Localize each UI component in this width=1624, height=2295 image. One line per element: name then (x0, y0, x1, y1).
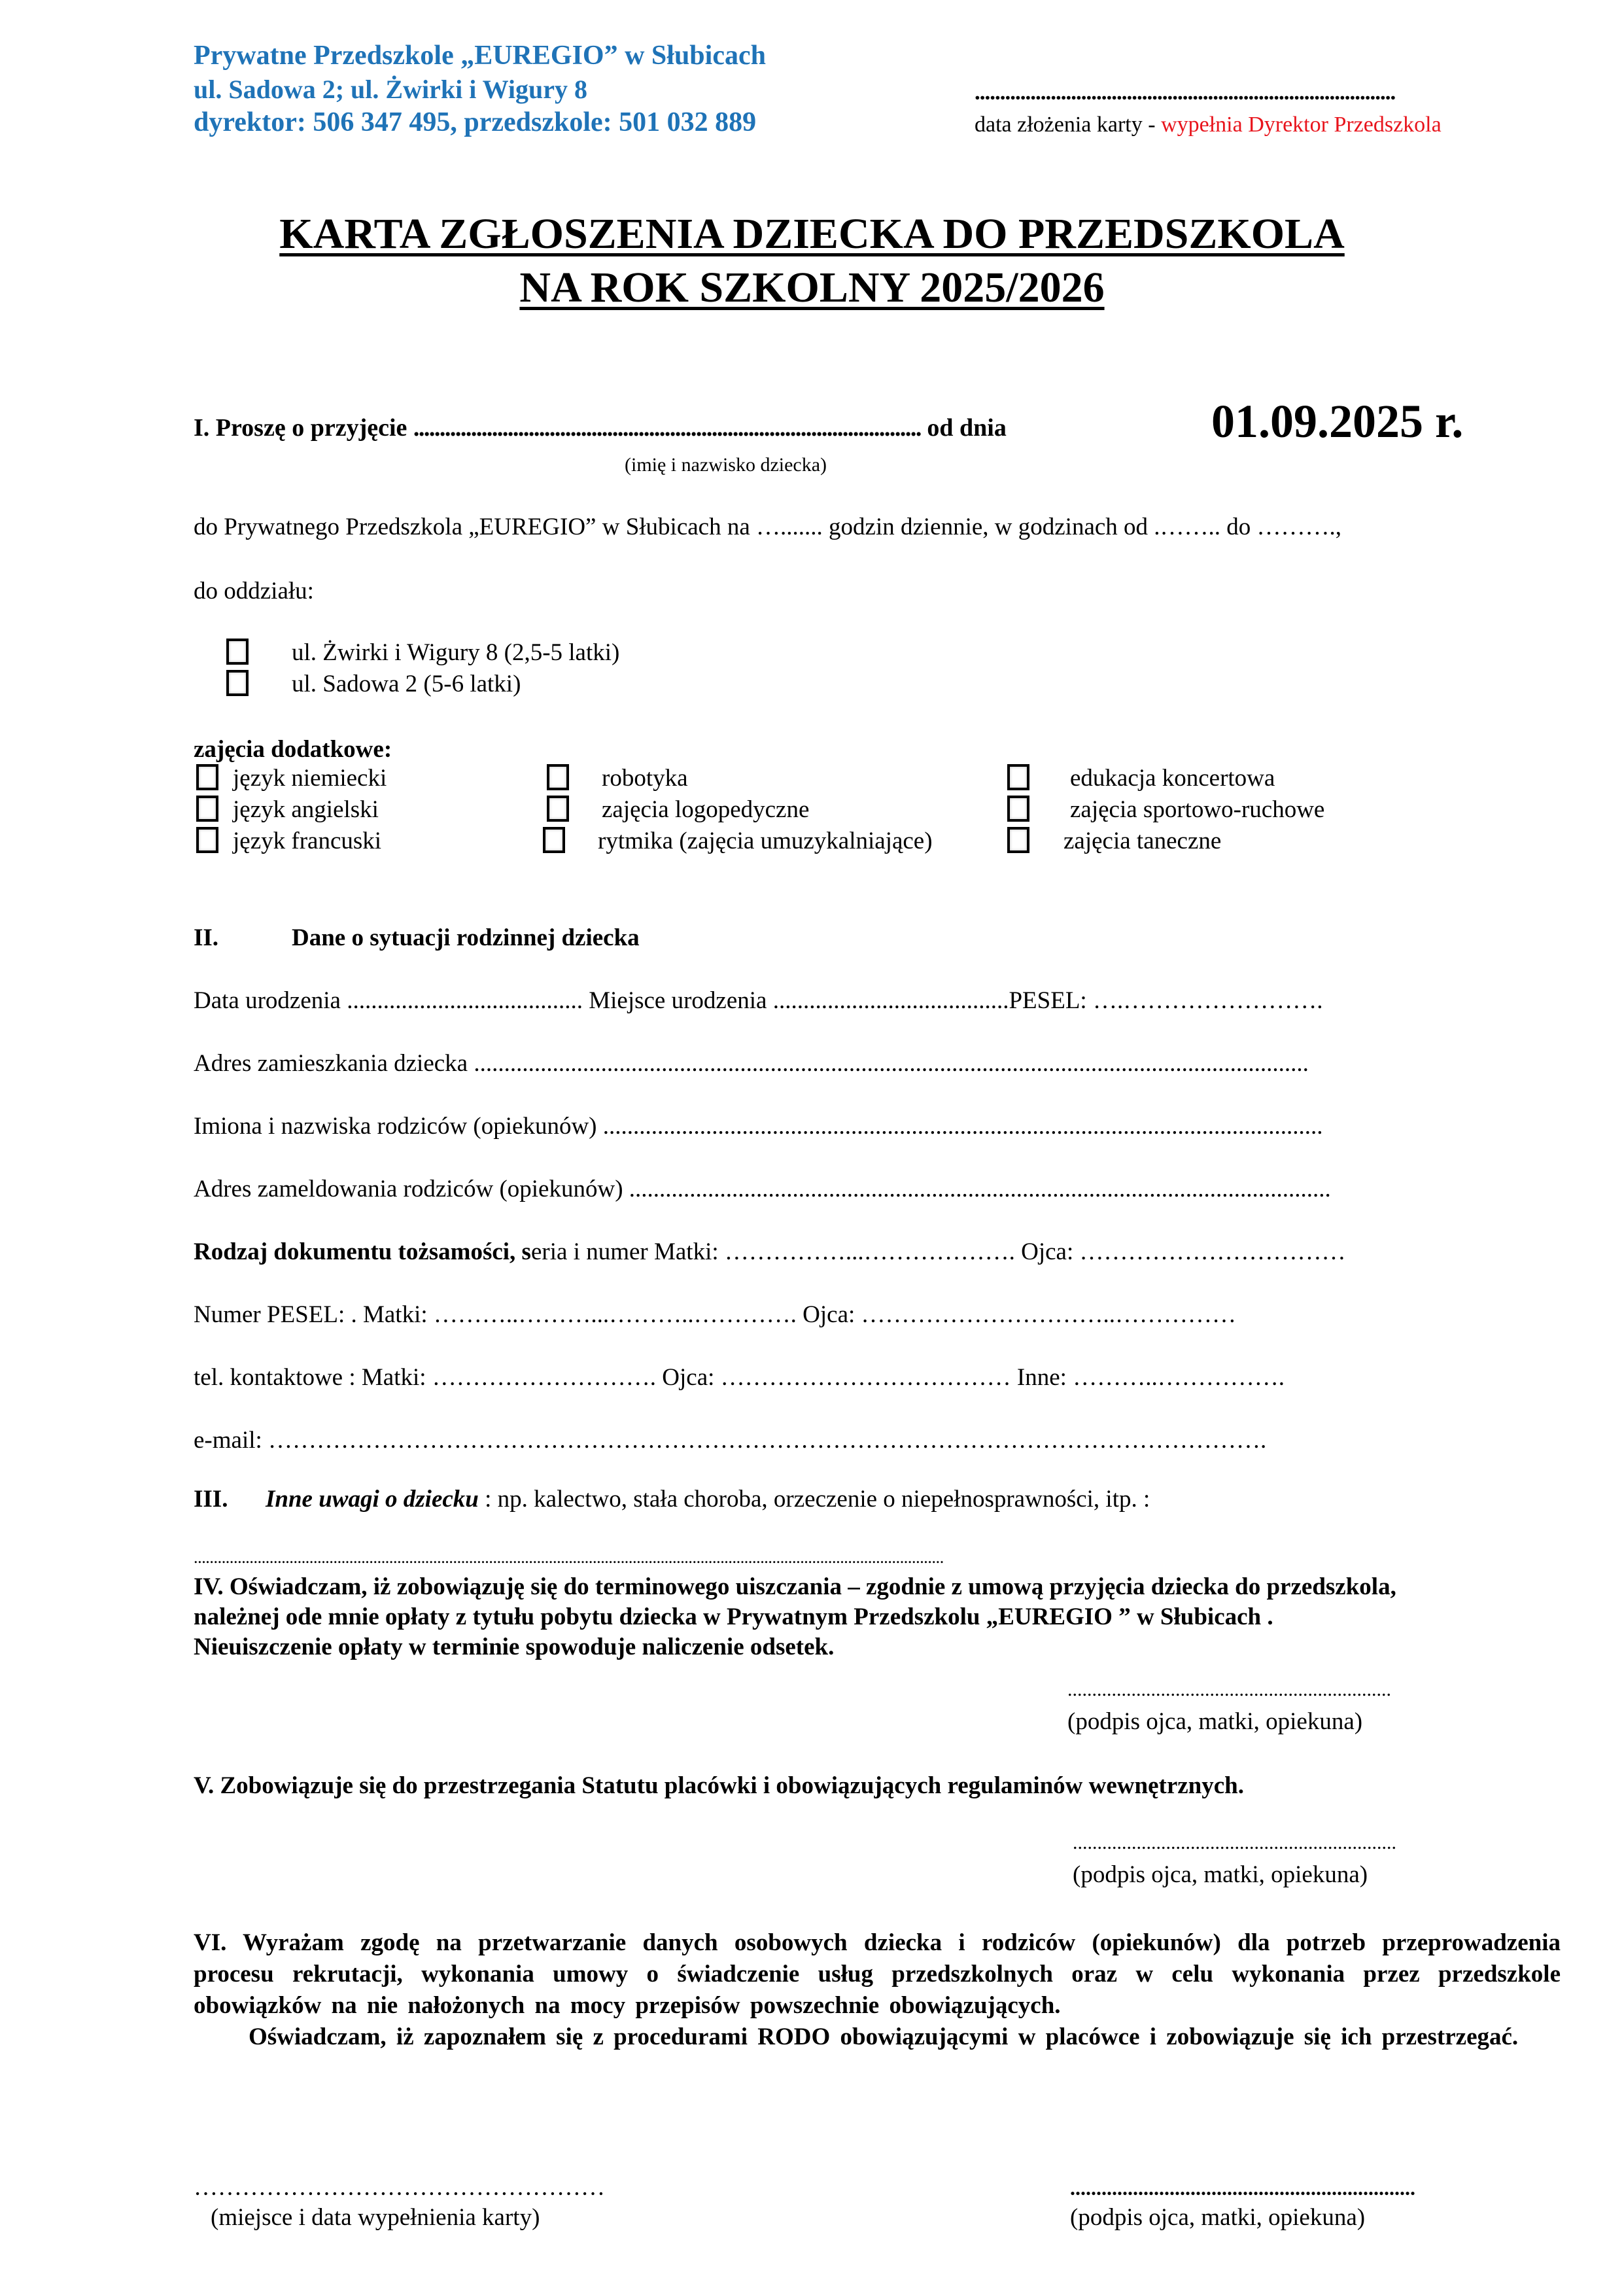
extra-checkbox-rhythm[interactable] (543, 827, 565, 853)
branch-label-sadowa: ul. Sadowa 2 (5-6 latki) (292, 670, 521, 699)
place-date-caption: (miejsce i data wypełnienia karty) (211, 2203, 540, 2232)
extra-checkbox-french[interactable] (196, 827, 218, 853)
extra-checkbox-dance[interactable] (1007, 827, 1029, 853)
extra-label-german: język niemiecki (233, 764, 387, 793)
start-date: 01.09.2025 r. (1211, 395, 1463, 447)
extra-label-rhythm: rytmika (zajęcia umuzykalniające) (598, 827, 933, 856)
place-date-field[interactable]: …………………………………………… (194, 2173, 605, 2202)
extra-label-dance: zajęcia taneczne (1063, 827, 1221, 856)
child-name-field: I. Proszę o przyjęcie ..................… (194, 413, 1007, 442)
section6-consent: VI. Wyrażam zgodę na przetwarzanie danyc… (194, 1927, 1561, 2022)
section6-rodo: Oświadczam, iż zapoznałem się z procedur… (249, 2022, 1561, 2053)
branch-checkbox-sadowa[interactable] (226, 670, 249, 696)
section3-heading: Inne uwagi o dziecku (266, 1486, 479, 1513)
extra-label-concert: edukacja koncertowa (1070, 764, 1275, 793)
final-signature-field[interactable]: ........................................… (1070, 2176, 1415, 2200)
extra-label-french: język francuski (233, 827, 381, 856)
final-signature-caption: (podpis ojca, matki, opiekuna) (1070, 2203, 1365, 2232)
pesel-line[interactable]: Numer PESEL: . Matki: ………..………...………..……… (194, 1301, 1236, 1329)
section4-signature-caption: (podpis ojca, matki, opiekuna) (1067, 1708, 1362, 1736)
notes-field[interactable]: ........................................… (194, 1548, 944, 1568)
branch-label: do oddziału: (194, 577, 314, 606)
phone-line[interactable]: tel. kontaktowe : Matki: ………………………. Ojca… (194, 1363, 1285, 1392)
extra-checkbox-concert[interactable] (1007, 764, 1029, 790)
extra-checkbox-sports[interactable] (1007, 796, 1029, 822)
extra-classes-label: zajęcia dodatkowe: (194, 735, 392, 764)
parents-address-line[interactable]: Adres zameldowania rodziców (opiekunów) … (194, 1175, 1331, 1204)
birth-info-line[interactable]: Data urodzenia .........................… (194, 987, 1322, 1015)
section3-number: III. (194, 1485, 228, 1514)
section4-line1: IV. Oświadczam, iż zobowiązuję się do te… (194, 1573, 1396, 1602)
form-title-line1: KARTA ZGŁOSZENIA DZIECKA DO PRZEDSZKOLA (0, 208, 1624, 260)
submission-date-label: data złożenia karty - wypełnia Dyrektor … (975, 111, 1442, 139)
section5-signature-caption: (podpis ojca, matki, opiekuna) (1073, 1861, 1368, 1889)
parents-names-line[interactable]: Imiona i nazwiska rodziców (opiekunów) .… (194, 1112, 1322, 1141)
id-document-line[interactable]: Rodzaj dokumentu tożsamości, seria i num… (194, 1238, 1346, 1267)
extra-checkbox-speech[interactable] (547, 796, 569, 822)
school-phones: dyrektor: 506 347 495, przedszkole: 501 … (194, 106, 756, 139)
section2-number: II. (194, 924, 218, 953)
extra-checkbox-english[interactable] (196, 796, 218, 822)
request-label: I. Proszę o przyjęcie (194, 414, 413, 442)
section3-line: Inne uwagi o dziecku : np. kalectwo, sta… (266, 1485, 1150, 1514)
school-address: ul. Sadowa 2; ul. Żwirki i Wigury 8 (194, 73, 587, 106)
branch-checkbox-zwirki[interactable] (226, 639, 249, 665)
section5-signature-field[interactable]: ........................................… (1073, 1832, 1396, 1854)
extra-checkbox-german[interactable] (196, 764, 218, 790)
id-document-fields[interactable]: eria i numer Matki: ……………...………………. Ojca… (531, 1238, 1346, 1265)
email-line[interactable]: e-mail: ……………………………………………………………………………………… (194, 1426, 1266, 1455)
section2-heading: Dane o sytuacji rodzinnej dziecka (292, 924, 640, 953)
child-address-line[interactable]: Adres zamieszkania dziecka .............… (194, 1049, 1309, 1078)
id-document-label: Rodzaj dokumentu tożsamości, s (194, 1238, 531, 1265)
hours-line[interactable]: do Prywatnego Przedszkola „EUREGIO” w Sł… (194, 513, 1341, 542)
school-name: Prywatne Przedszkole „EUREGIO” w Słubica… (194, 39, 766, 72)
child-name-input[interactable]: ........................................… (413, 414, 921, 442)
extra-label-robotics: robotyka (602, 764, 688, 793)
director-note: wypełnia Dyrektor Przedszkola (1161, 113, 1442, 137)
extra-checkbox-robotics[interactable] (547, 764, 569, 790)
submission-date-field[interactable]: ........................................… (975, 79, 1395, 106)
section3-text: : np. kalectwo, stała choroba, orzeczeni… (479, 1486, 1150, 1513)
submission-date-label-text: data złożenia karty - (975, 113, 1161, 137)
section5-text: V. Zobowiązuje się do przestrzegania Sta… (194, 1772, 1244, 1800)
section4-line2: należnej ode mnie opłaty z tytułu pobytu… (194, 1603, 1273, 1632)
section4-line3: Nieuiszczenie opłaty w terminie spowoduj… (194, 1633, 834, 1662)
branch-label-zwirki: ul. Żwirki i Wigury 8 (2,5-5 latki) (292, 639, 619, 667)
from-date-label: od dnia (921, 414, 1007, 442)
section4-signature-field[interactable]: ........................................… (1067, 1679, 1391, 1701)
extra-label-speech: zajęcia logopedyczne (602, 796, 809, 824)
extra-label-sports: zajęcia sportowo-ruchowe (1070, 796, 1324, 824)
child-name-caption: (imię i nazwisko dziecka) (625, 454, 827, 476)
extra-label-english: język angielski (233, 796, 379, 824)
form-title-line2: NA ROK SZKOLNY 2025/2026 (0, 262, 1624, 314)
